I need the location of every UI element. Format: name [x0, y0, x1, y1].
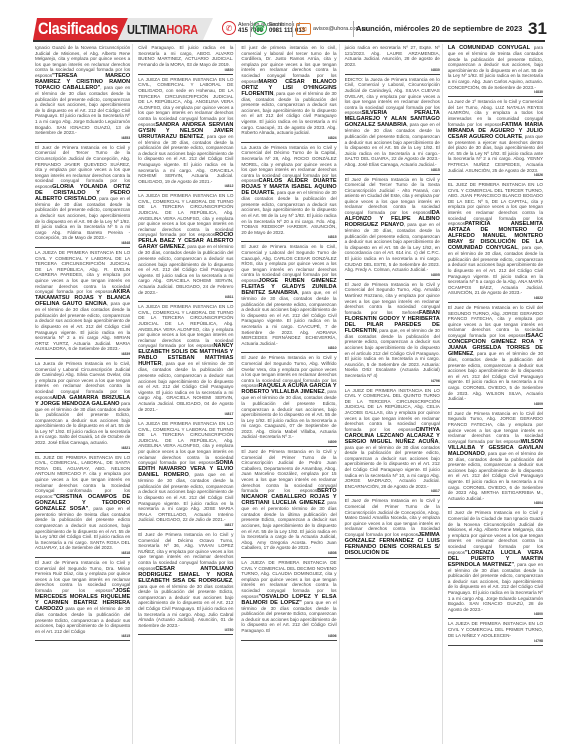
notice-code: I4780: [138, 628, 233, 632]
legal-notice: La Jueza de Primera Instancia en lo Civi…: [241, 144, 336, 243]
notice-code: I4815: [241, 235, 336, 239]
divider: [353, 21, 354, 37]
legal-notice: LA JUEZA DE PRIMERA INSTANCIA EN LO CIVI…: [138, 303, 233, 419]
legal-notice: LA JUEZ DE PRIMERA INSTANCIA EN LO CIVIL…: [345, 387, 440, 497]
notice-code: I4796: [345, 379, 440, 383]
notice-text: El Juez de Primera Instancia en lo Civil…: [345, 177, 440, 216]
legal-notice: LA COMUNIDAD CONYUGAL para que en el tér…: [448, 44, 543, 97]
column-1: Ignacio Guazú de la Novena Circunscripci…: [33, 44, 133, 744]
notice-code: I4830: [138, 68, 233, 72]
notice-text: , para que en el término de 30 días, con…: [448, 451, 543, 501]
column-4: juicio radica en secretaría Nº 27, Expte…: [343, 44, 443, 744]
legal-notice: El Juez de Primera Instancia en lo Civil…: [448, 410, 543, 509]
notice-text: LA JUEZA DE PRIMERA INSTANCIA EN LO CIVI…: [138, 77, 233, 127]
notice-code: I4804: [448, 501, 543, 505]
notice-text: LA JUEZ DE PRIMERA INSTANCIA EN LO CIVIL…: [345, 388, 440, 432]
phone-icon: ✆: [222, 21, 236, 35]
notice-text: para que en el término de 30 días contad…: [35, 401, 130, 446]
legal-notice: El Juez de Primera Instancia en lo Civil…: [241, 243, 336, 353]
publication-date: Asunción, miércoles 20 de septiembre de …: [356, 24, 522, 33]
notice-code: I4809: [448, 402, 543, 406]
notice-code: I4800: [448, 612, 543, 616]
whatsapp-icon: ☎: [253, 21, 267, 35]
page-header: Clasificados ULTIMAHORA ✆ Atención al cl…: [0, 18, 580, 40]
notice-text: , para que se presenten a ejercer sus de…: [448, 134, 543, 173]
email-icon: ✉: [296, 23, 311, 35]
notice-code: I4806: [241, 634, 336, 638]
notice-code: I4818: [35, 551, 130, 555]
legal-notice: LA JUEZA DE PRIMERA INSTANCIA EN LO CIVI…: [138, 76, 233, 192]
notice-code: I4815: [35, 634, 130, 638]
notice-text: , para que en el término de 30 días, con…: [345, 222, 440, 272]
logo-part-hora: HORA: [166, 22, 198, 37]
notice-code: I4848: [35, 241, 130, 245]
notice-code: I4810: [241, 346, 336, 350]
notice-text: , para que en el término de 30 días, con…: [138, 244, 233, 294]
legal-notice: EDICTO: la Jueza de Primera Instancia en…: [345, 76, 440, 175]
legal-notice: El Juez de Primera Instancia en lo Civil…: [241, 448, 336, 558]
notice-code: I4817: [138, 412, 233, 416]
notice-text: , para que en el término de 30 días cont…: [138, 578, 233, 628]
notice-text: , para que, en el término de 30 días, co…: [241, 290, 336, 346]
notice-code: I4817: [345, 489, 440, 493]
classifieds-columns: Ignacio Guazú de la Novena Circunscripci…: [33, 44, 545, 744]
legal-notice: LA JUEZA DE PRIMERA INSTANCIA EN LO CIVI…: [138, 420, 233, 530]
notice-text: Civil Paraguayo. El juicio radica en la …: [138, 45, 233, 67]
notice-text: El Juez de Primera Instancia en lo Civil…: [241, 449, 336, 493]
legal-notice: LA JUEZA DE PRIMERA INSTANCIA DE CIVIL Y…: [241, 559, 336, 641]
notice-text: LA JUEZA DE PRIMERA INSTANCIA EN LO CIVI…: [35, 250, 130, 294]
notice-code: I4808: [241, 551, 336, 555]
page-number: 31: [528, 19, 547, 39]
notice-text: , para que en el término de 30 días cont…: [448, 562, 543, 612]
legal-notice: La Jueza de Primera Instancia en lo Civi…: [35, 360, 130, 453]
notice-code: I4821: [35, 446, 130, 450]
legal-notice: EL JUEZ DE PRIMERA INSTANCIA EN LO CIVIL…: [448, 181, 543, 303]
notice-text: , para que en el término de 30 días cont…: [35, 196, 130, 241]
legal-notice: El juez de primera instancia en lo civil…: [241, 44, 336, 143]
notice-text: , para que en el término de 30 días, con…: [241, 91, 336, 136]
notice-code: I4853: [35, 136, 130, 140]
notice-text: , para que en el término de 30 días cont…: [345, 439, 440, 489]
legal-notice: El Juez de Primera Instancia en lo Civil…: [35, 559, 130, 641]
notice-code: I4839: [35, 352, 130, 356]
legal-notice: El Juez de Primera Instancia en lo Civil…: [35, 144, 130, 248]
divider: [250, 21, 251, 37]
notice-code: I4826: [448, 173, 543, 177]
notice-text: , para que en el término de 30 días, con…: [138, 361, 233, 411]
notice-code: I4815: [345, 168, 440, 172]
legal-notice: El Juez de Primera Instancia en lo Civil…: [241, 354, 336, 447]
notice-code: I4817: [138, 523, 233, 527]
logo-part-ultima: ULTIMA: [127, 22, 166, 37]
notice-text: EL JUEZ DE PRIMERA INSTANCIA EN LO CIVIL…: [35, 455, 130, 499]
notice-text: para que en el perentorio término de 30 …: [241, 500, 336, 550]
legal-notice: Ignacio Guazú de la Novena Circunscripci…: [35, 44, 130, 143]
divider: [292, 21, 293, 37]
column-5: LA COMUNIDAD CONYUGAL para que en el tér…: [446, 44, 545, 744]
notice-text: , para que, en el término de 30 días, co…: [448, 245, 543, 295]
notice-text: , para que en el término de 30 días, con…: [138, 472, 233, 522]
notice-text: EL JUEZ DE PRIMERA INSTANCIA EN LO CIVIL…: [448, 182, 543, 226]
header-rule: [33, 40, 545, 42]
notice-code: I4824: [241, 136, 336, 140]
notice-code: I4811: [138, 295, 233, 299]
legal-notice: El Juez de Primera Instancia en lo Civil…: [345, 497, 440, 559]
legal-notice: El Juez de Primera Instancia en lo Civil…: [448, 509, 543, 619]
legal-notice: La Juez de 1º Instancia en lo Civil y Co…: [448, 98, 543, 180]
notice-text: , para que en el término de 30 días cont…: [35, 85, 130, 135]
notice-code: I4805: [345, 273, 440, 277]
legal-notice: juicio radica en secretaría Nº 27, Expte…: [345, 44, 440, 75]
notice-text: , para que en el término de 30 días, con…: [138, 134, 233, 184]
section-title: Clasificados: [38, 19, 118, 39]
notice-text: , para que, en el término de 30 días con…: [345, 328, 440, 378]
legal-notice: LA JUEZA DE PRIMERA INSTANCIA EN LO CIVI…: [35, 249, 130, 359]
notice-code: I4830: [345, 68, 440, 72]
legal-notice: El Juez de Primera Instancia en lo Civil…: [448, 304, 543, 409]
legal-notice: El Juez de Primera Instancia en lo Civil…: [138, 531, 233, 635]
notice-text: LA JUEZA DE PRIMERA INSTANCIA EN LO CIVI…: [138, 304, 233, 348]
notice-text: juicio radica en secretaría Nº 27, Expte…: [345, 45, 440, 67]
notice-text: LA JUEZA DE PRIMERA INSTANCIA EN LO CIVI…: [138, 421, 233, 465]
column-3: El juez de primera instancia en lo civil…: [239, 44, 339, 744]
legal-notice: LA JUEZA DE PRIMERA INSTANCIA EN LO CIVI…: [448, 620, 543, 645]
newspaper-logo: ULTIMAHORA: [127, 22, 198, 37]
notice-text: para que en el término de treinta días c…: [448, 45, 543, 90]
notice-text: , para que en el término de 30 días, con…: [448, 351, 543, 401]
notice-text: El Juez de Primera Instancia en lo Civil…: [448, 510, 543, 554]
legal-notice: El Juez de Primera Instancia en lo Civil…: [345, 281, 440, 386]
notice-text: , para que en el término de 30 días, con…: [241, 389, 336, 439]
notice-text: LA JUEZA DE PRIMERA INSTANCIA EN LO CIVI…: [448, 621, 543, 637]
notice-text: , para que en el término de 30 días cont…: [35, 301, 130, 351]
legal-notice: LA JUEZA DE PRIMERA INSTANCIA EN LO CIVI…: [138, 192, 233, 302]
column-2: Civil Paraguayo. El juicio radica en la …: [136, 44, 236, 744]
notice-code: I4822: [448, 296, 543, 300]
notice-code: I4798: [448, 639, 543, 643]
notice-text: , para que en el término de 30 días cont…: [345, 122, 440, 167]
notice-code: I4809: [241, 440, 336, 444]
notice-code: I4830: [448, 90, 543, 94]
legal-notice: El Juez de Primera Instancia en lo Civil…: [345, 176, 440, 280]
notice-text: , para que en el término de 30 días cont…: [241, 190, 336, 235]
legal-notice: EL JUEZ DE PRIMERA INSTANCIA EN LO CIVIL…: [35, 454, 130, 558]
legal-notice: Civil Paraguayo. El juicio radica en la …: [138, 44, 233, 75]
notice-text: El Juez de Primera Instancia en lo Civil…: [35, 145, 130, 189]
notice-text: LA JUEZA DE PRIMERA INSTANCIA EN LO CIVI…: [138, 193, 233, 237]
notice-code: I4812: [138, 184, 233, 188]
notice-text: , para que en el perentorio término de t…: [35, 506, 130, 551]
